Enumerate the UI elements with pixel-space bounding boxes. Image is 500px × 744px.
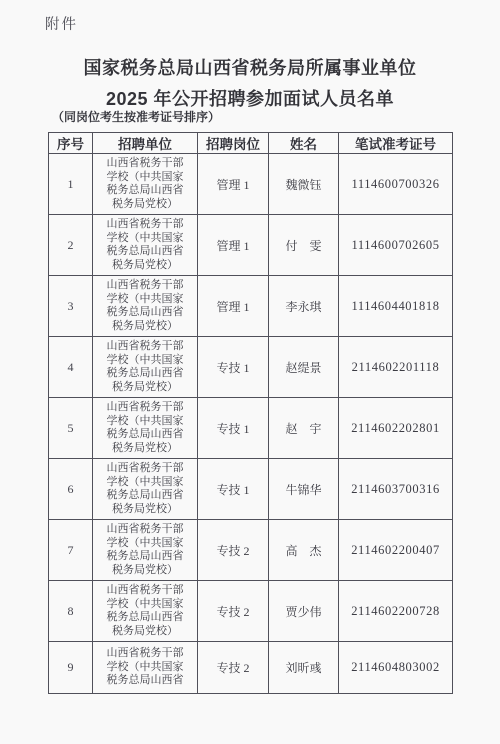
cell-position: 专技 1 (198, 398, 269, 459)
cell-candidate-name: 贾少伟 (269, 581, 339, 642)
cell-exam-number: 2114602200728 (339, 581, 453, 642)
cell-serial-number: 1 (49, 154, 93, 215)
table-row: 8 山西省税务干部 学校（中共国家 税务总局山西省 税务局党校） 专技 2 贾少… (49, 581, 453, 642)
col-header-exam-number: 笔试准考证号 (339, 133, 453, 154)
cell-position: 专技 1 (198, 459, 269, 520)
cell-recruiting-unit: 山西省税务干部 学校（中共国家 税务总局山西省 税务局党校） (93, 276, 198, 337)
col-header-position: 招聘岗位 (198, 133, 269, 154)
cell-recruiting-unit: 山西省税务干部 学校（中共国家 税务总局山西省 税务局党校） (93, 337, 198, 398)
cell-recruiting-unit: 山西省税务干部 学校（中共国家 税务总局山西省 (93, 642, 198, 694)
cell-exam-number: 1114600700326 (339, 154, 453, 215)
cell-serial-number: 5 (49, 398, 93, 459)
table-header-row: 序号 招聘单位 招聘岗位 姓名 笔试准考证号 (49, 133, 453, 154)
cell-candidate-name: 魏微钰 (269, 154, 339, 215)
cell-recruiting-unit: 山西省税务干部 学校（中共国家 税务总局山西省 税务局党校） (93, 459, 198, 520)
cell-exam-number: 2114602200407 (339, 520, 453, 581)
col-header-name: 姓名 (269, 133, 339, 154)
cell-candidate-name: 刘昕彧 (269, 642, 339, 694)
cell-exam-number: 1114600702605 (339, 215, 453, 276)
cell-exam-number: 2114604803002 (339, 642, 453, 694)
cell-exam-number: 2114602201118 (339, 337, 453, 398)
table-row: 1 山西省税务干部 学校（中共国家 税务总局山西省 税务局党校） 管理 1 魏微… (49, 154, 453, 215)
sort-order-note: （同岗位考生按准考证号排序） (52, 108, 220, 125)
cell-recruiting-unit: 山西省税务干部 学校（中共国家 税务总局山西省 税务局党校） (93, 520, 198, 581)
cell-candidate-name: 李永琪 (269, 276, 339, 337)
cell-serial-number: 8 (49, 581, 93, 642)
cell-position: 管理 1 (198, 276, 269, 337)
cell-position: 专技 1 (198, 337, 269, 398)
table-row: 3 山西省税务干部 学校（中共国家 税务总局山西省 税务局党校） 管理 1 李永… (49, 276, 453, 337)
cell-serial-number: 2 (49, 215, 93, 276)
table-row: 7 山西省税务干部 学校（中共国家 税务总局山西省 税务局党校） 专技 2 高 … (49, 520, 453, 581)
table-row: 5 山西省税务干部 学校（中共国家 税务总局山西省 税务局党校） 专技 1 赵 … (49, 398, 453, 459)
cell-position: 管理 1 (198, 215, 269, 276)
table-row: 2 山西省税务干部 学校（中共国家 税务总局山西省 税务局党校） 管理 1 付 … (49, 215, 453, 276)
cell-exam-number: 2114603700316 (339, 459, 453, 520)
cell-serial-number: 6 (49, 459, 93, 520)
cell-exam-number: 2114602202801 (339, 398, 453, 459)
col-header-unit: 招聘单位 (93, 133, 198, 154)
table-row: 6 山西省税务干部 学校（中共国家 税务总局山西省 税务局党校） 专技 1 牛锦… (49, 459, 453, 520)
cell-position: 专技 2 (198, 520, 269, 581)
interview-roster-table: 序号 招聘单位 招聘岗位 姓名 笔试准考证号 1 山西省税务干部 学校（中共国家… (48, 132, 453, 694)
document-title-line1: 国家税务总局山西省税务局所属事业单位 (0, 54, 500, 80)
cell-candidate-name: 赵 宇 (269, 398, 339, 459)
cell-position: 管理 1 (198, 154, 269, 215)
cell-position: 专技 2 (198, 642, 269, 694)
cell-serial-number: 3 (49, 276, 93, 337)
cell-exam-number: 1114604401818 (339, 276, 453, 337)
cell-serial-number: 4 (49, 337, 93, 398)
cell-serial-number: 7 (49, 520, 93, 581)
cell-candidate-name: 牛锦华 (269, 459, 339, 520)
col-header-serial: 序号 (49, 133, 93, 154)
cell-recruiting-unit: 山西省税务干部 学校（中共国家 税务总局山西省 税务局党校） (93, 215, 198, 276)
cell-recruiting-unit: 山西省税务干部 学校（中共国家 税务总局山西省 税务局党校） (93, 154, 198, 215)
cell-candidate-name: 高 杰 (269, 520, 339, 581)
cell-recruiting-unit: 山西省税务干部 学校（中共国家 税务总局山西省 税务局党校） (93, 581, 198, 642)
table-row: 4 山西省税务干部 学校（中共国家 税务总局山西省 税务局党校） 专技 1 赵缇… (49, 337, 453, 398)
cell-candidate-name: 赵缇景 (269, 337, 339, 398)
attachment-label: 附件 (45, 13, 78, 34)
cell-recruiting-unit: 山西省税务干部 学校（中共国家 税务总局山西省 税务局党校） (93, 398, 198, 459)
table-row: 9 山西省税务干部 学校（中共国家 税务总局山西省 专技 2 刘昕彧 21146… (49, 642, 453, 694)
cell-position: 专技 2 (198, 581, 269, 642)
cell-candidate-name: 付 雯 (269, 215, 339, 276)
document-page: 附件 国家税务总局山西省税务局所属事业单位 2025 年公开招聘参加面试人员名单… (0, 0, 500, 744)
cell-serial-number: 9 (49, 642, 93, 694)
